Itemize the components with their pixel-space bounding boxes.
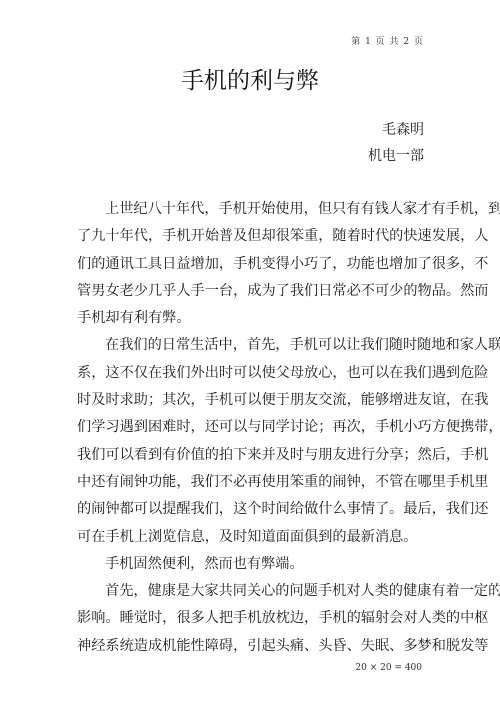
text-line: 时及时求助；其次，手机可以便于朋友交流，能够增进友谊，在我 (77, 387, 419, 414)
page-indicator: 第 1 页 共 2 页 (351, 34, 424, 47)
text-line: 手机固然便利，然而也有弊端。 (77, 551, 419, 578)
text-line: 影响。睡觉时，很多人把手机放枕边，手机的辐射会对人类的中枢 (77, 605, 419, 632)
grid-note: 20 × 20 = 400 (355, 663, 422, 673)
document-title: 手机的利与弊 (0, 62, 500, 95)
text-line: 我们可以看到有价值的拍下来并及时与朋友进行分享；然后，手机 (77, 442, 419, 469)
text-line: 了九十年代，手机开始普及但却很笨重，随着时代的快速发展，人 (77, 223, 419, 250)
text-line: 神经系统造成机能性障碍，引起头痛、头昏、失眠、多梦和脱发等 (77, 633, 419, 660)
text-line: 们的通讯工具日益增加，手机变得小巧了，功能也增加了很多，不 (77, 251, 419, 278)
text-line: 们学习遇到困难时，还可以与同学讨论；再次，手机小巧方便携带， (77, 414, 419, 441)
text-line: 可在手机上浏览信息，及时知道面面俱到的最新消息。 (77, 524, 419, 551)
text-line: 在我们的日常生活中，首先，手机可以让我们随时随地和家人联 (77, 332, 419, 359)
text-line: 中还有闹钟功能，我们不必再使用笨重的闹钟，不管在哪里手机里 (77, 469, 419, 496)
text-line: 系，这不仅在我们外出时可以使父母放心，也可以在我们遇到危险 (77, 360, 419, 387)
text-line: 管男女老少几乎人手一台，成为了我们日常必不可少的物品。然而 (77, 278, 419, 305)
text-line: 上世纪八十年代，手机开始使用，但只有有钱人家才有手机，到 (77, 196, 419, 223)
body-text: 上世纪八十年代，手机开始使用，但只有有钱人家才有手机，到了九十年代，手机开始普及… (77, 196, 419, 660)
author-name: 毛森明 (382, 119, 424, 139)
department: 机电一部 (368, 145, 424, 165)
text-line: 手机却有利有弊。 (77, 305, 419, 332)
text-line: 首先，健康是大家共同关心的问题手机对人类的健康有着一定的 (77, 578, 419, 605)
text-line: 的闹钟都可以提醒我们，这个时间给做什么事情了。最后，我们还 (77, 496, 419, 523)
